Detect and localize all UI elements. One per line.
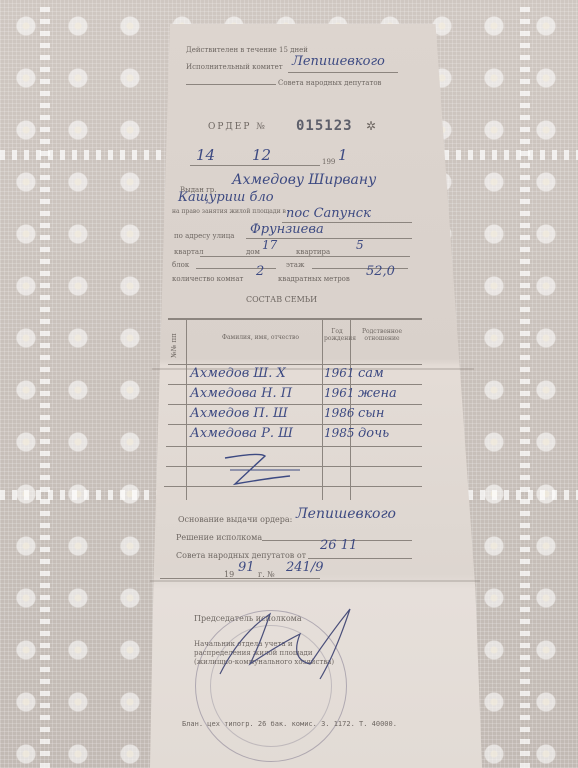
decision-number-value: 241/9 (286, 560, 323, 575)
rooms-value: 2 (256, 264, 264, 279)
area-value: 52,0 (366, 264, 395, 279)
rooms-label: количество комнат (172, 275, 243, 283)
underline (186, 84, 276, 85)
lace-band (520, 0, 530, 768)
z-strike-mark (220, 450, 310, 490)
underline (200, 256, 410, 257)
table-column-divider (186, 318, 187, 500)
table-row-1-name: Ахмедов Ш. Х (190, 366, 286, 381)
council-date-label: Совета народных депутатов от (176, 551, 306, 560)
table-row-3-name: Ахмедов П. Ш (190, 406, 288, 421)
underline (308, 558, 412, 559)
table-column-divider (322, 318, 323, 500)
order-label: ОРДЕР № (208, 122, 267, 132)
issued-to-line2: Кащуриш бло (178, 190, 274, 205)
executive-committee-label: Исполнительный комитет (186, 63, 283, 71)
rosette-mark: ✲ (366, 119, 376, 133)
date-year-suffix: 1 (338, 146, 348, 164)
apartment-label: квартира (296, 248, 330, 256)
table-row-2-year: 1961 (324, 386, 355, 400)
area-label: квадратных метров (278, 275, 350, 283)
paper-fold (150, 580, 480, 582)
table-row-3-relation: сын (358, 406, 384, 421)
table-row-border (168, 384, 422, 385)
table-row-3-year: 1986 (324, 406, 355, 420)
table-header-year: Год рождения (324, 328, 350, 342)
date-month: 12 (252, 146, 271, 164)
address-label: по адресу улица (174, 232, 234, 240)
location-value: пос Сапунск (286, 206, 371, 221)
family-line-label: на право занятия жилой площади в (172, 208, 286, 215)
table-row-4-name: Ахмедова Р. Ш (190, 426, 293, 441)
lace-band (40, 0, 50, 768)
basis-value: Лепишевкого (296, 506, 396, 522)
table-row-border (168, 404, 422, 405)
table-row-2-relation: жена (358, 386, 397, 401)
council-label: Совета народных депутатов (278, 79, 382, 87)
street-value: Фрунзиева (250, 222, 324, 237)
printer-note: Блан. цех типогр. 26 бак. комис. З. 1172… (182, 720, 397, 728)
underline (288, 72, 398, 73)
table-header-relation: Родственное отношение (354, 328, 410, 342)
kvartal-label: квартал (174, 248, 203, 256)
order-number: 015123 (296, 118, 353, 134)
chairman-signature (210, 604, 360, 684)
council-date-value: 26 11 (320, 538, 357, 553)
date-day: 14 (196, 146, 215, 164)
floor-label: этаж (286, 261, 304, 269)
validity-note: Действителен в течение 15 дней (186, 46, 308, 54)
house-value: 17 (262, 238, 277, 252)
decision-label: Решение исполкома (176, 533, 262, 542)
table-row-1-year: 1961 (324, 366, 355, 380)
table-row-1-relation: сам (358, 366, 384, 381)
table-row-border (166, 446, 422, 447)
underline (190, 165, 320, 166)
table-row-2-name: Ахмедова Н. П (190, 386, 292, 401)
table-row-border (168, 424, 422, 425)
block-label: блок (172, 261, 189, 269)
house-label: дом (246, 248, 260, 256)
date-year-prefix: 199 (322, 158, 335, 166)
family-section-title: СОСТАВ СЕМЬИ (246, 295, 317, 304)
issued-to-value: Ахмедову Ширвану (232, 172, 376, 188)
table-header-border (168, 364, 422, 365)
basis-label: Основание выдачи ордера: (178, 515, 292, 524)
executive-committee-value: Лепишевкого (292, 54, 385, 69)
table-row-4-year: 1985 (324, 426, 355, 440)
table-header-num: №№ пп (170, 333, 178, 358)
apartment-value: 5 (356, 238, 364, 252)
table-row-4-relation: дочь (358, 426, 389, 441)
table-top-border (168, 318, 422, 320)
underline (160, 578, 320, 579)
table-header-name: Фамилия, имя, отчество (222, 334, 299, 341)
decision-year-value: 91 (238, 560, 255, 575)
